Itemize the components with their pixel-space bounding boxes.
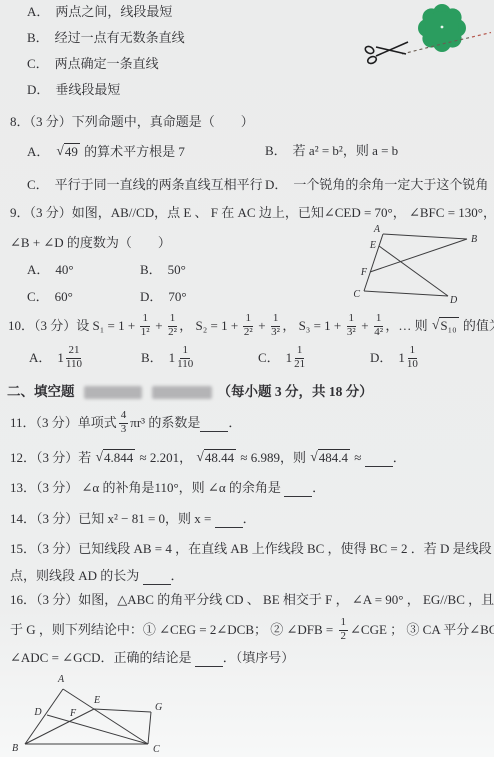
sqrt-expression: √484.4 (310, 449, 350, 466)
redacted-watermark (152, 386, 212, 399)
question-13: 13．（3 分） ∠α 的补角是110°，则 ∠α 的余角是 ． (10, 480, 325, 496)
stem-text: ∠B + ∠D 的度数为（ ） (10, 235, 171, 251)
point-label-D: D (33, 707, 42, 718)
option-label: B． (140, 262, 162, 278)
sqrt-expression: √48.44 (196, 449, 236, 466)
option-text: 平行于同一直线的两条直线互相平行 (55, 177, 263, 193)
q7-option-d: D．垂线段最短 (27, 82, 120, 98)
exam-page: { "sym": { "radical": "√" }, "decor": { … (0, 0, 494, 757)
answer-blank (215, 514, 243, 528)
option-text: 40° (55, 262, 73, 278)
q10-option-d: D．1110 (370, 344, 420, 372)
stem-text: ∠ADC = ∠GCD．正确的结论是 (10, 650, 195, 666)
question-14: 14．（3 分）已知 x² − 81 = 0，则 x = ． (10, 511, 256, 527)
mixed-whole: 1 (398, 350, 405, 366)
fraction: 21110 (66, 345, 82, 371)
fraction: 12² (168, 313, 178, 339)
fraction: 1110 (177, 345, 193, 371)
stem-text: 14．（3 分）已知 x² − 81 = 0，则 x = (10, 511, 215, 527)
question-15-line2: 点，则线段 AD 的长为 ． (10, 568, 184, 584)
answer-blank (195, 653, 223, 667)
option-label: A． (27, 144, 49, 160)
point-label-E: E (93, 695, 100, 706)
q10-option-c: C．1121 (258, 344, 307, 372)
radical-icon: √ (432, 317, 440, 332)
fraction: 13² (347, 313, 357, 339)
option-text: 两点之间，线段最短 (55, 4, 172, 20)
fraction: 110 (407, 345, 418, 371)
answer-blank (200, 418, 228, 432)
question-15-line1: 15．（3 分）已知线段 AB = 4 ，在直线 AB 上作线段 BC ，使得 … (10, 541, 494, 557)
q7-option-c: C．两点确定一条直线 (27, 56, 159, 72)
point-label-C: C (153, 744, 160, 755)
stem-text: 8．（3 分）下列命题中，真命题是（ ） (10, 114, 254, 130)
q9-option-d: D．70° (140, 289, 187, 305)
sqrt-expression: √4.844 (96, 449, 136, 466)
fraction: 43 (119, 410, 129, 436)
option-label: C． (27, 177, 49, 193)
point-label-D: D (449, 295, 458, 304)
question-10-stem: 10．（3 分）设 S₁ = 1 + 11² + 12² ， S₂ = 1 + … (8, 312, 494, 340)
option-label: B． (265, 143, 287, 159)
q9-option-a: A．40° (27, 262, 74, 278)
option-text: 60° (55, 289, 73, 305)
q8-option-a: A．√49 的算术平方根是 7 (27, 143, 185, 160)
section-title: 二、填空题 (7, 384, 75, 400)
q9-option-b: B．50° (140, 262, 186, 278)
scissors-icon (364, 38, 410, 68)
point-label-A: A (57, 674, 65, 685)
stem-text: 于 G ，则下列结论中：① ∠CEG = 2∠DCB； ② ∠DFB = (10, 622, 337, 638)
mixed-whole: 1 (57, 350, 64, 366)
point-label-B: B (471, 234, 477, 245)
point-label-E: E (369, 240, 376, 251)
stem-text: 9．（3 分）如图，AB//CD，点 E 、 F 在 AC 边上，已知∠CED … (10, 205, 494, 221)
question-8-stem: 8．（3 分）下列命题中，真命题是（ ） (10, 114, 254, 130)
stem-text: 10．（3 分）设 S₁ = 1 + (8, 318, 138, 334)
radical-icon: √ (310, 449, 318, 464)
section-2-header: 二、填空题 （每小题 3 分，共 18 分） (7, 384, 373, 400)
fraction: 12 (339, 617, 349, 643)
radical-icon: √ (56, 143, 64, 158)
question-16-line1: 16．（3 分）如图，△ABC 的角平分线 CD 、 BE 相交于 F ， ∠A… (10, 592, 494, 608)
stem-text: 16．（3 分）如图，△ABC 的角平分线 CD 、 BE 相交于 F ， ∠A… (10, 592, 494, 608)
stem-text: 13．（3 分） ∠α 的补角是110°，则 ∠α 的余角是 (10, 480, 284, 496)
option-label: A． (27, 262, 49, 278)
stem-text: 15．（3 分）已知线段 AB = 4 ，在直线 AB 上作线段 BC ，使得 … (10, 541, 494, 557)
option-text: 一个锐角的余角一定大于这个锐角 (293, 177, 488, 193)
option-label: C． (258, 350, 280, 366)
point-label-G: G (155, 702, 162, 713)
option-text: 两点确定一条直线 (55, 56, 159, 72)
stem-text: 11．（3 分）单项式 (10, 415, 117, 431)
fraction: 13² (271, 313, 281, 339)
option-label: A． (29, 350, 51, 366)
q10-option-b: B．11110 (141, 344, 195, 372)
option-text: 50° (168, 262, 186, 278)
question-11: 11．（3 分）单项式 43 πr³ 的系数是 ． (10, 409, 241, 437)
option-label: A． (27, 4, 49, 20)
question-12: 12．（3 分）若 √4.844 ≈ 2.201， √48.44 ≈ 6.989… (10, 449, 406, 466)
option-label: D． (370, 350, 392, 366)
option-text: 70° (168, 289, 186, 305)
sqrt-expression: √S₁₀ (432, 317, 459, 334)
option-text: 的算术平方根是 7 (81, 144, 185, 160)
q9-figure: A B C D E F (350, 224, 492, 304)
fraction: 121 (294, 345, 305, 371)
fraction: 14² (374, 313, 384, 339)
option-label: B． (27, 30, 49, 46)
answer-blank (365, 453, 393, 467)
answer-blank (284, 483, 312, 497)
option-label: D． (140, 289, 162, 305)
point-label-C: C (353, 289, 360, 300)
point-label-A: A (373, 224, 381, 235)
option-text: 垂线段最短 (55, 82, 120, 98)
q10-option-a: A．121110 (29, 344, 84, 372)
mixed-whole: 1 (286, 350, 293, 366)
point-label-F: F (69, 708, 77, 719)
option-text: 若 a² = b²，则 a = b (293, 143, 399, 159)
option-label: D． (27, 82, 49, 98)
question-9-stem-line1: 9．（3 分）如图，AB//CD，点 E 、 F 在 AC 边上，已知∠CED … (10, 205, 494, 221)
q9-option-c: C．60° (27, 289, 73, 305)
point-label-F: F (360, 267, 368, 278)
point-label-B: B (12, 743, 18, 754)
answer-blank (143, 571, 171, 585)
stem-text: 点，则线段 AD 的长为 (10, 568, 143, 584)
option-label: C． (27, 289, 49, 305)
q8-option-c: C．平行于同一直线的两条直线互相平行 (27, 177, 263, 193)
option-text: 经过一点有无数条直线 (55, 30, 185, 46)
fraction: 12² (243, 313, 253, 339)
q8-option-d: D．一个锐角的余角一定大于这个锐角 (265, 177, 488, 193)
question-9-stem-line2: ∠B + ∠D 的度数为（ ） (10, 235, 171, 251)
stem-text: 12．（3 分）若 (10, 450, 95, 466)
q7-option-b: B．经过一点有无数条直线 (27, 30, 185, 46)
question-16-line2: 于 G ，则下列结论中：① ∠CEG = 2∠DCB； ② ∠DFB = 12 … (10, 616, 494, 644)
redacted-watermark (84, 386, 142, 399)
option-label: D． (265, 177, 287, 193)
radical-icon: √ (196, 449, 204, 464)
mixed-whole: 1 (169, 350, 176, 366)
fraction: 11² (140, 313, 150, 339)
option-label: B． (141, 350, 163, 366)
radical-icon: √ (96, 449, 104, 464)
option-label: C． (27, 56, 49, 72)
sqrt-expression: √49 (56, 143, 80, 160)
q16-figure: A B C D E F G (8, 666, 170, 757)
section-score-note: （每小题 3 分，共 18 分） (218, 384, 373, 400)
dashed-cut-line (398, 26, 494, 60)
q8-option-b: B．若 a² = b²，则 a = b (265, 143, 398, 159)
q7-option-a: A．两点之间，线段最短 (27, 4, 172, 20)
question-16-line3: ∠ADC = ∠GCD．正确的结论是 ．（填序号） (10, 650, 294, 666)
